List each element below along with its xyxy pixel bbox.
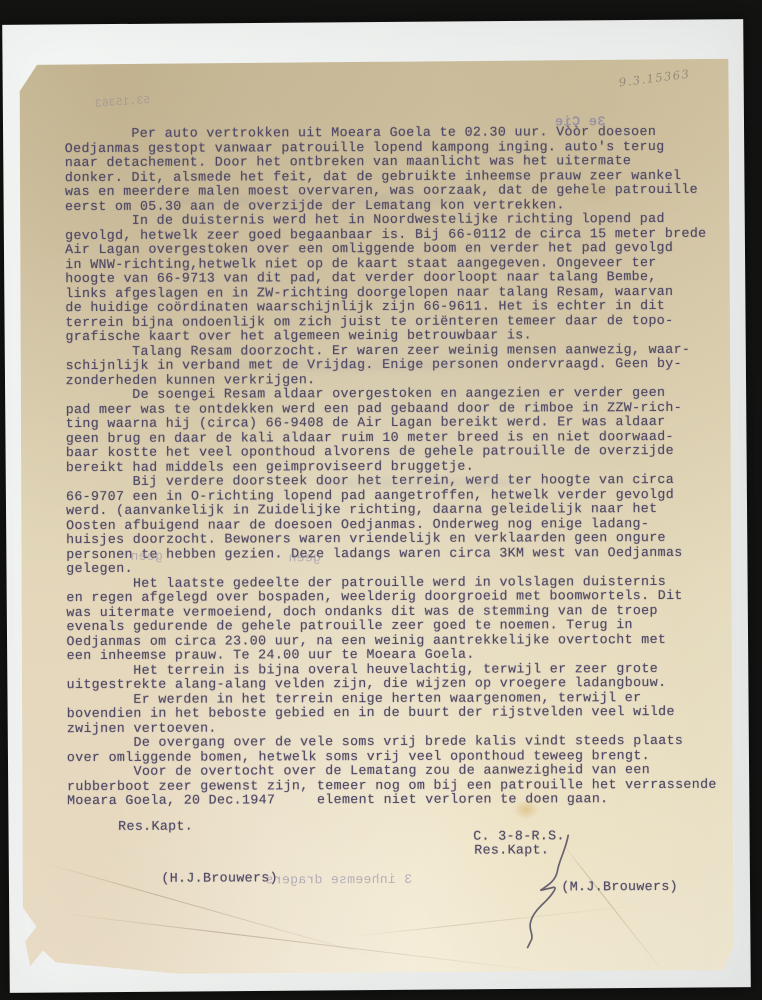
paper-stain [579,179,619,205]
scanned-photo-background: 53.15363 9.3.15363 3e Cie Per auto vertr… [0,0,762,1000]
bleedthrough-smudge [220,360,480,372]
document-paper: 53.15363 9.3.15363 3e Cie Per auto vertr… [18,59,733,975]
bleedthrough-carriers-note: 3 inheemse dragers [265,872,412,888]
bleedthrough-archive-number: 53.15363 [94,95,150,111]
left-rank-line: Res.Kapt. [118,819,193,834]
left-signatory-name: (H.J.Brouwers) [161,870,278,885]
bleedthrough-smudge [169,194,469,207]
typewritten-report-body: Per auto vertrokken uit Moeara Goela te … [65,125,717,809]
paper-crease [352,904,650,937]
paper-stain [513,799,539,819]
bleedthrough-word: geen [288,550,321,565]
archive-number-annotation: 9.3.15363 [618,67,691,90]
photo-print-sheet: 53.15363 9.3.15363 3e Cie Per auto vertr… [2,19,751,993]
right-signatory-name: (M.J.Brouwers) [561,879,678,894]
bleedthrough-word: geen [130,549,163,564]
bleedthrough-smudge [320,478,520,490]
